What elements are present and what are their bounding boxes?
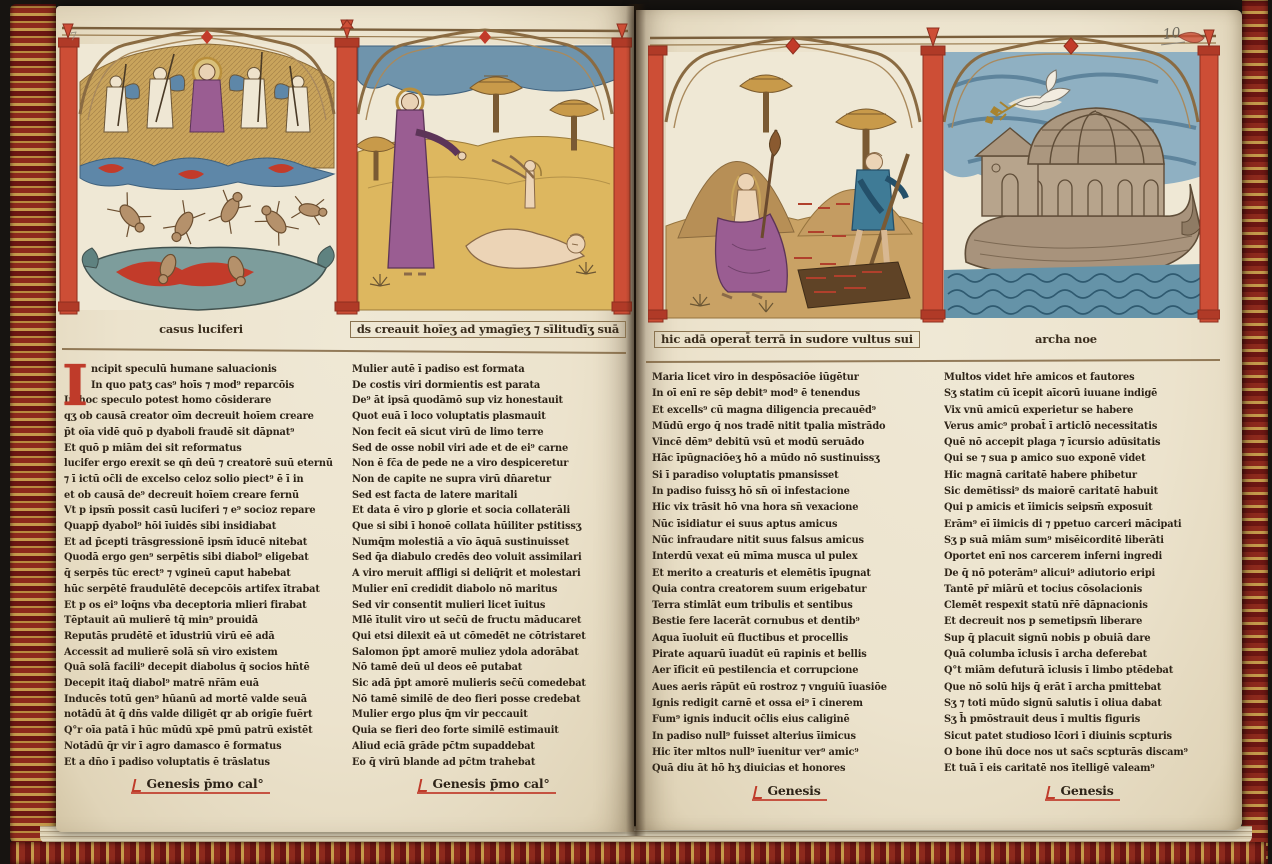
verse-line: qʒ ob causā creator oīm decreuit hoīem c… bbox=[64, 409, 346, 425]
verse-line: Aues aeris rāpūt eū rostroz ⁊ vnguiū īua… bbox=[652, 680, 936, 696]
verse-line: Notādū q̄r vir ī agro damasco ē formatus bbox=[64, 739, 346, 755]
verse-line: Nūc īsidiatur ei suus aptus amicus bbox=[652, 517, 936, 533]
verse-line: Quē nō accepit plaga ⁊ īcursio adūsitati… bbox=[944, 435, 1230, 451]
verse-line: Qui etsi dilexit eā ut cōmedēt ne cōtris… bbox=[352, 629, 630, 645]
verse-line: notādū āt q̄ dn̄s valde diligēt qr ab or… bbox=[64, 707, 346, 723]
verse-line: Mulier enī credidit diabolo nō maritus bbox=[352, 582, 630, 598]
text-area-right: Maria licet viro in despōsaciōe iūgēturI… bbox=[636, 370, 1242, 820]
verse-line: Quia contra creatorem suum erigebatur bbox=[652, 582, 936, 598]
verse-line: Sed est facta de latere maritali bbox=[352, 488, 630, 504]
verse-line: Mūdū ergo q̄ nos tradē nitit tpalia mīst… bbox=[652, 419, 936, 435]
verse-line: Vincē dēm⁹ debitū vsū et modū seruādo bbox=[652, 435, 936, 451]
verse-line: Quot euā ī loco voluptatis plasmauit bbox=[352, 409, 630, 425]
verse-line: Quapp̄ dyabol⁹ hōi īuidēs sibi insidiaba… bbox=[64, 519, 346, 535]
verse-line: Erām⁹ eī īimicis di ⁊ ppetuo carceri māc… bbox=[944, 517, 1230, 533]
verse-line: Quā diu āt hō hʒ diuicias et honores bbox=[652, 761, 936, 777]
verse-line: Vix vnū amicū experietur se habere bbox=[944, 403, 1230, 419]
verse-line: De⁹ āt ipsā quodāmō sup viz honestauit bbox=[352, 393, 630, 409]
verse-line: In padiso null⁹ fuisset alterius īimicus bbox=[652, 729, 936, 745]
left-page: 7 bbox=[56, 6, 634, 832]
gutter-shadow bbox=[626, 4, 646, 836]
lombard-initial: I bbox=[62, 358, 88, 414]
rubric-genesis-4: Genesis bbox=[1060, 783, 1113, 798]
binding-left-edge bbox=[10, 4, 56, 846]
verse-line: Salomon p̄pt amorē muliez ydola adorābat bbox=[352, 645, 630, 661]
verse-line: Non fecit eā sicut virū de limo terre bbox=[352, 425, 630, 441]
text-column-3: Maria licet viro in despōsaciōe iūgēturI… bbox=[652, 370, 936, 799]
binding-bottom-edge bbox=[10, 842, 1266, 864]
verse-line: Et ad p̄cepti trāsgressionē ipsm̄ īducē … bbox=[64, 535, 346, 551]
verse-line: Pirate aquarū īuadūt eū rapinis et belli… bbox=[652, 647, 936, 663]
verse-line: Quā solā facili⁹ decepit diabolus q̄ soc… bbox=[64, 660, 346, 676]
verse-line: Decepit itaq̄ diabol⁹ matrē nr̄ām euā bbox=[64, 676, 346, 692]
rule-right bbox=[646, 359, 1220, 363]
rubric-genesis-3: Genesis bbox=[767, 783, 820, 798]
miniature-strip-right bbox=[648, 26, 1220, 328]
right-page: 10 bbox=[636, 10, 1242, 830]
verse-line: In oī enī re sēp debit⁹ mod⁹ ē tenendus bbox=[652, 386, 936, 402]
verse-line: Reputās prudētē et īdustriū virū eē adā bbox=[64, 629, 346, 645]
verse-line: Quodā ergo gen⁹ serpētis sibi diabol⁹ el… bbox=[64, 550, 346, 566]
verse-line: Sʒ ⁊ toti mūdo signū salutis ī oliua dab… bbox=[944, 696, 1230, 712]
text-area-left: I ncipit speculū humane saluacionisIn qu… bbox=[56, 362, 634, 822]
verse-line: Sed vir consentit mulieri licet īuitus bbox=[352, 598, 630, 614]
verse-line: Sed q̄a diabulo credēs deo voluit assimi… bbox=[352, 550, 630, 566]
miniature-fall-of-lucifer bbox=[78, 44, 336, 310]
verse-line: Mulier ergo plus q̄m vir peccauit bbox=[352, 707, 630, 723]
verse-line: Q°r oīa patā ī hūc mūdū xpē pmū patrū ex… bbox=[64, 723, 346, 739]
caption-adam-labor: hic adā operat̄ terrā in sudore vultus s… bbox=[654, 331, 920, 348]
verse-line: Oportet enī nos carcerem inferni ingredi bbox=[944, 549, 1230, 565]
verse-line: In padiso fuissʒ hō sn̄ oī infestacione bbox=[652, 484, 936, 500]
verse-line: Numq̄m molestiā a vīo āquā sustinuisset bbox=[352, 535, 630, 551]
verse-line: Aer īficit eū pestilencia et corrupcione bbox=[652, 663, 936, 679]
verse-line: In hoc speculo potest homo cōsiderare bbox=[64, 393, 346, 409]
miniature-adam-and-eve-labor bbox=[666, 52, 924, 318]
verse-line: Non de capite ne supra virū dn̄aretur bbox=[352, 472, 630, 488]
verse-line: Hāc īpūgnaciōeʒ hō a mūdo nō sustinuissʒ bbox=[652, 451, 936, 467]
verse-line: Terra stimlāt eum tribulis et sentibus bbox=[652, 598, 936, 614]
miniature-creation-of-eve bbox=[356, 44, 614, 310]
verse-line: Et excells⁹ cū magna diligencia precauēd… bbox=[652, 403, 936, 419]
text-column-4: Multos videt hr̄e amicos et fautoresSʒ s… bbox=[944, 370, 1230, 799]
column-1-lines: ncipit speculū humane saluacionisIn quo … bbox=[64, 362, 346, 770]
verse-line: Et merito a creaturis et elemētis īpugna… bbox=[652, 566, 936, 582]
verse-line: Accessit ad mulierē solā sn̄ viro existe… bbox=[64, 645, 346, 661]
verse-line: Et a dn̄o ī padiso voluptatis ē trāslatu… bbox=[64, 755, 346, 771]
column-2-lines: Mulier autē ī padiso est formataDe costi… bbox=[352, 362, 630, 770]
miniature-noahs-ark bbox=[944, 52, 1202, 318]
verse-line: De costis viri dormientis est parata bbox=[352, 378, 630, 394]
verse-line: Hic magnā caritatē habere phibetur bbox=[944, 468, 1230, 484]
verse-line: Hic īter mltos null⁹ īuenitur ver⁹ amic⁹ bbox=[652, 745, 936, 761]
verse-line: O bone ihū doce nos ut sac̄s scpturās di… bbox=[944, 745, 1230, 761]
verse-line: Sʒ h̄ pmōstrauit deus ī multis figuris bbox=[944, 712, 1230, 728]
verse-line: et ob causā de⁹ decreuit hoīem creare fe… bbox=[64, 488, 346, 504]
verse-line: Nō tamē similē de deo fieri posse credeb… bbox=[352, 692, 630, 708]
verse-line: Q°t miām defuturā īclusis ī limbo ptēdeb… bbox=[944, 663, 1230, 679]
verse-line: Quā columba īclusis ī archa deferebat bbox=[944, 647, 1230, 663]
rule-left bbox=[62, 348, 626, 354]
rubric-genesis-2: Genesis p̄mo cal° bbox=[432, 776, 549, 791]
verse-line: Interdū vexat eū mīma musca ul pulex bbox=[652, 549, 936, 565]
verse-line: Qui se ⁊ sua p amico suo exponē videt bbox=[944, 451, 1230, 467]
verse-line: Sed de osse nobil viri ade et de ei⁹ car… bbox=[352, 441, 630, 457]
caption-row-right: hic adā operat̄ terrā in sudore vultus s… bbox=[648, 332, 1220, 346]
verse-line: Sup q̄ placuit signū nobis p obuiā dare bbox=[944, 631, 1230, 647]
verse-line: Et quō p miām dei sit reformatus bbox=[64, 441, 346, 457]
verse-line: Sʒ statim cū īcepit aīcorū iuuane indigē bbox=[944, 386, 1230, 402]
verse-line: Et decreuit nos p semetipsm̄ liberare bbox=[944, 614, 1230, 630]
verse-line: Inducēs totū gen⁹ hūanū ad mortē valde s… bbox=[64, 692, 346, 708]
verse-line: ⁊ ī ictū oc̄li de excelso celoz solio pi… bbox=[64, 472, 346, 488]
column-4-lines: Multos videt hr̄e amicos et fautoresSʒ s… bbox=[944, 370, 1230, 777]
column-3-lines: Maria licet viro in despōsaciōe iūgēturI… bbox=[652, 370, 936, 777]
caption-noahs-ark: archa noe bbox=[926, 332, 1206, 346]
verse-line: Fum⁹ ignis inducit oc̄lis eius caliginē bbox=[652, 712, 936, 728]
verse-line: Maria licet viro in despōsaciōe iūgētur bbox=[652, 370, 936, 386]
text-column-1: I ncipit speculū humane saluacionisIn qu… bbox=[64, 362, 346, 792]
verse-line: ncipit speculū humane saluacionis bbox=[64, 362, 346, 378]
miniature-strip-left bbox=[58, 18, 632, 320]
verse-line: In quo patʒ cas⁹ hoīs ⁊ mod⁹ reparcōis bbox=[64, 378, 346, 394]
verse-line: Multos videt hr̄e amicos et fautores bbox=[944, 370, 1230, 386]
verse-line: p̄t oīa vidē quō p dyaboli fraudē sit dā… bbox=[64, 425, 346, 441]
rubric-genesis-1: Genesis p̄mo cal° bbox=[146, 776, 263, 791]
verse-line: Et tuā ī eis caritatē nos ītelligē valea… bbox=[944, 761, 1230, 777]
verse-line: Hic vix trāsit hō vna hora sn̄ vexacione bbox=[652, 500, 936, 516]
caption-creation-of-eve: ds creauit hoīeʒ ad ymagīeʒ ⁊ sīlitudīʒ … bbox=[350, 321, 626, 338]
verse-line: Qui p amicis et īimicis seipsm̄ exposuit bbox=[944, 500, 1230, 516]
binding-right-edge bbox=[1242, 0, 1268, 864]
verse-line: Sʒ p suā miām sum⁹ misēicorditē liberāti bbox=[944, 533, 1230, 549]
verse-line: Eo q̄ virū blande ad pc̄tm trahebat bbox=[352, 755, 630, 771]
verse-line: Non ē fc̄a de pede ne a viro despiceretu… bbox=[352, 456, 630, 472]
verse-line: Et data ē viro p glorie et socia collate… bbox=[352, 503, 630, 519]
verse-line: Sic adā p̄pt amorē mulieris sec̄ū comede… bbox=[352, 676, 630, 692]
verse-line: Bestie fere lacerāt cornubus et dentib⁹ bbox=[652, 614, 936, 630]
verse-line: Tēptauit aū mulierē tq̄ min⁹ prouidā bbox=[64, 613, 346, 629]
caption-fall-of-lucifer: casus luciferi bbox=[56, 322, 346, 336]
verse-line: Mulier autē ī padiso est formata bbox=[352, 362, 630, 378]
verse-line: hūc serpētē fraudulētē decepcōis artifex… bbox=[64, 582, 346, 598]
verse-line: Aqua īuoluit eū fluctibus et procellis bbox=[652, 631, 936, 647]
verse-line: Si ī paradiso voluptatis pmansisset bbox=[652, 468, 936, 484]
verse-line: Ignis redigit carnē et ossa ei⁹ ī cinere… bbox=[652, 696, 936, 712]
folio-mark: 7 bbox=[69, 30, 77, 44]
caption-row-left: casus luciferi ds creauit hoīeʒ ad ymagī… bbox=[56, 322, 634, 336]
verse-line: Vt p ipsm̄ possit casū luciferi ⁊ e⁹ soc… bbox=[64, 503, 346, 519]
verse-line: De q̄ nō poterām⁹ alicui⁹ adiutorio erip… bbox=[944, 566, 1230, 582]
verse-line: Tantē pr̄ miārū et tocius cōsolacionis bbox=[944, 582, 1230, 598]
text-column-2: Mulier autē ī padiso est formataDe costi… bbox=[352, 362, 630, 792]
verse-line: Que si sibi ī honoē collata hūiliter pst… bbox=[352, 519, 630, 535]
verse-line: Que nō solū hijs q̄ erāt ī archa pmitteb… bbox=[944, 680, 1230, 696]
verse-line: Aliud eciā grāde pc̄tm supaddebat bbox=[352, 739, 630, 755]
verse-line: Sicut patet studioso lc̄ori ī diuinis sc… bbox=[944, 729, 1230, 745]
verse-line: Et p os ei⁹ loq̄ns vba deceptoria mlieri… bbox=[64, 598, 346, 614]
verse-line: A viro meruit affligi si deliq̄rit et mo… bbox=[352, 566, 630, 582]
verse-line: Nūc infraudare nitit suus falsus amicus bbox=[652, 533, 936, 549]
page-number: 10 bbox=[1159, 25, 1185, 46]
verse-line: Verus amic⁹ probat̄ ī articlō necessitat… bbox=[944, 419, 1230, 435]
verse-line: q̄ serpēs tūc erect⁹ ⁊ vgineū caput habe… bbox=[64, 566, 346, 582]
verse-line: lucifer ergo erexit se qn̄ deū ⁊ creator… bbox=[64, 456, 346, 472]
verse-line: Mlē ītulit viro ut sec̄ū de fructu māduc… bbox=[352, 613, 630, 629]
verse-line: Nō tamē deū ul deos eē putabat bbox=[352, 660, 630, 676]
verse-line: Quia se fieri deo forte similē estimauit bbox=[352, 723, 630, 739]
verse-line: Clemēt respexit statū nr̄ē dāpnacionis bbox=[944, 598, 1230, 614]
verse-line: Sic demētissi⁹ ds maiorē caritatē habuit bbox=[944, 484, 1230, 500]
